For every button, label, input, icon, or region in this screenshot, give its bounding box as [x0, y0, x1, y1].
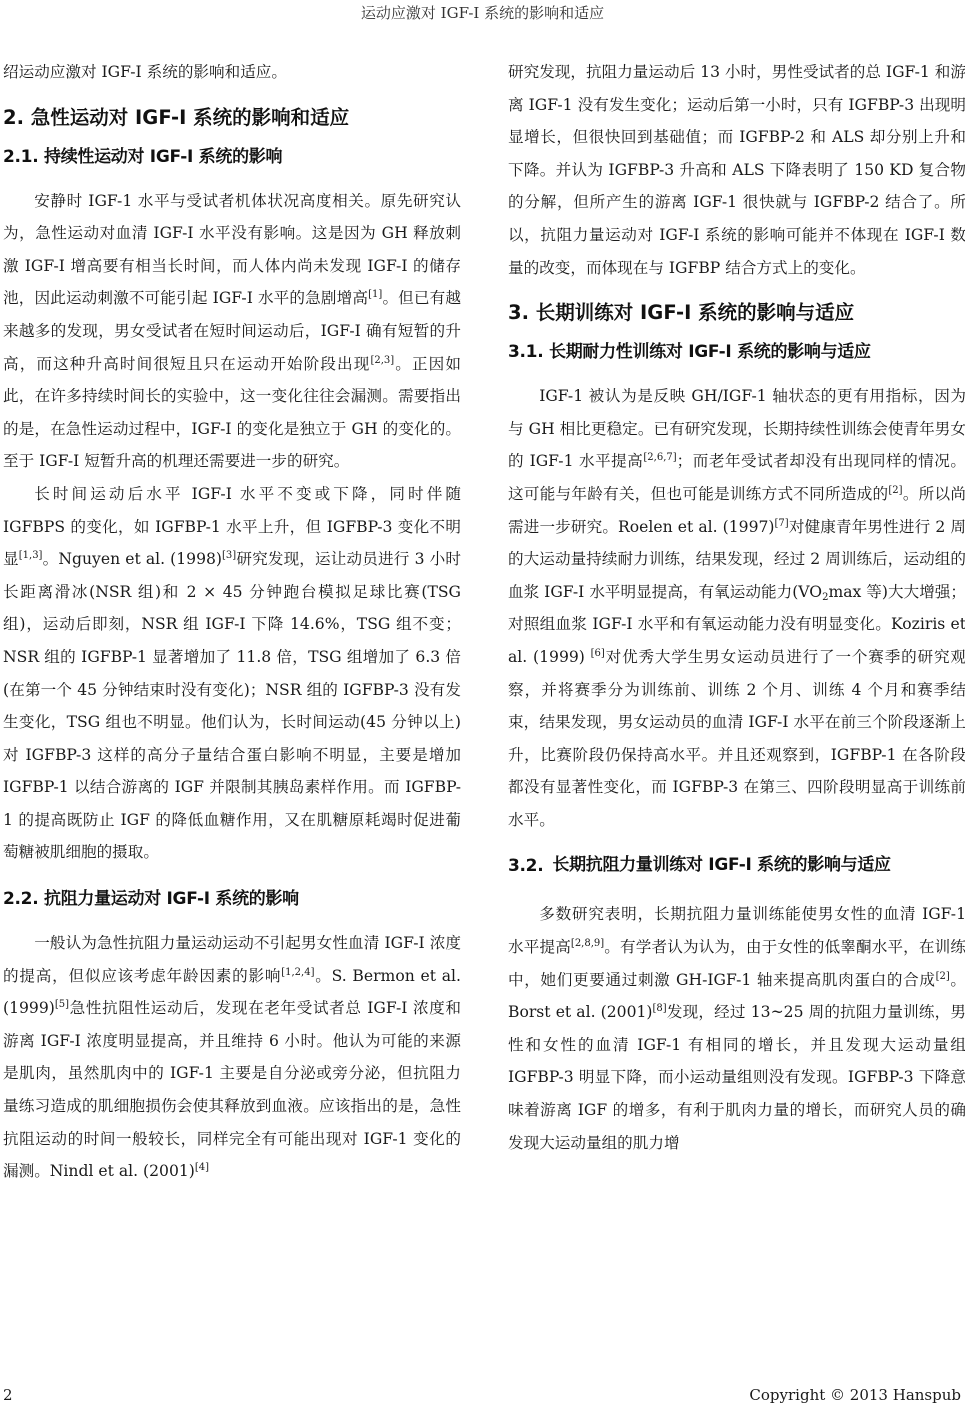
citation: [1] — [368, 289, 382, 300]
citation: [1,3] — [19, 550, 43, 561]
running-header-title: 运动应激对 IGF-I 系统的影响和适应 — [0, 2, 965, 23]
section-2-1-heading: 2.1. 持续性运动对 IGF-I 系统的影响 — [3, 145, 461, 169]
right-column: 研究发现，抗阻力量运动后 13 小时，男性受试者的总 IGF-1 和游离 IGF… — [508, 56, 965, 1159]
citation: [5] — [55, 999, 69, 1010]
paragraph-2-1-a: 安静时 IGF-1 水平与受试者机体状况高度相关。原先研究认为，急性运动对血清 … — [3, 185, 461, 478]
intro-tail-text: 绍运动应激对 IGF-I 系统的影响和适应。 — [3, 56, 461, 89]
paragraph-3-1-a: IGF-1 被认为是反映 GH/IGF-1 轴状态的更有用指标，因为与 GH 相… — [508, 380, 965, 836]
citation: [2,8,9] — [571, 938, 604, 949]
paragraph-2-1-b: 长时间运动后水平 IGF-I 水平不变或下降，同时伴随 IGFBPS 的变化，如… — [3, 478, 461, 869]
page-number: 2 — [3, 1386, 13, 1404]
section-3-2-heading: 3.2. 长期抗阻力量训练对 IGF-I 系统的影响与适应 — [508, 854, 965, 882]
section-3-1-heading: 3.1. 长期耐力性训练对 IGF-I 系统的影响与适应 — [508, 340, 965, 364]
citation: [6] — [591, 648, 605, 659]
section-3-heading: 3. 长期训练对 IGF-I 系统的影响与适应 — [508, 300, 965, 326]
section-2-2-heading: 2.2. 抗阻力量运动对 IGF-I 系统的影响 — [3, 887, 461, 911]
citation: [2,3] — [370, 355, 394, 366]
section-3-2-title: 长期抗阻力量训练对 IGF-I 系统的影响与适应 — [552, 849, 965, 882]
section-3-2-number: 3.2. — [508, 854, 543, 882]
left-column: 绍运动应激对 IGF-I 系统的影响和适应。 2. 急性运动对 IGF-I 系统… — [3, 56, 461, 1188]
citation: [8] — [653, 1003, 667, 1014]
citation: [2] — [936, 971, 950, 982]
citation: [2,6,7] — [643, 452, 676, 463]
citation: [7] — [775, 518, 789, 529]
citation: [3] — [222, 550, 236, 561]
citation: [1,2,4] — [281, 967, 314, 978]
paragraph-3-2-a: 多数研究表明，长期抗阻力量训练能使男女性的血清 IGF-1 水平提高[2,8,9… — [508, 898, 965, 1159]
citation: [4] — [195, 1162, 209, 1173]
paragraph-2-2-a: 一般认为急性抗阻力量运动运动不引起男女性血清 IGF-I 浓度的提高，但似应该考… — [3, 927, 461, 1188]
paragraph-2-2-continued: 研究发现，抗阻力量运动后 13 小时，男性受试者的总 IGF-1 和游离 IGF… — [508, 56, 965, 284]
section-2-heading: 2. 急性运动对 IGF-I 系统的影响和适应 — [3, 105, 461, 131]
copyright-notice: Copyright © 2013 Hanspub — [749, 1386, 961, 1404]
citation: [2] — [888, 485, 902, 496]
